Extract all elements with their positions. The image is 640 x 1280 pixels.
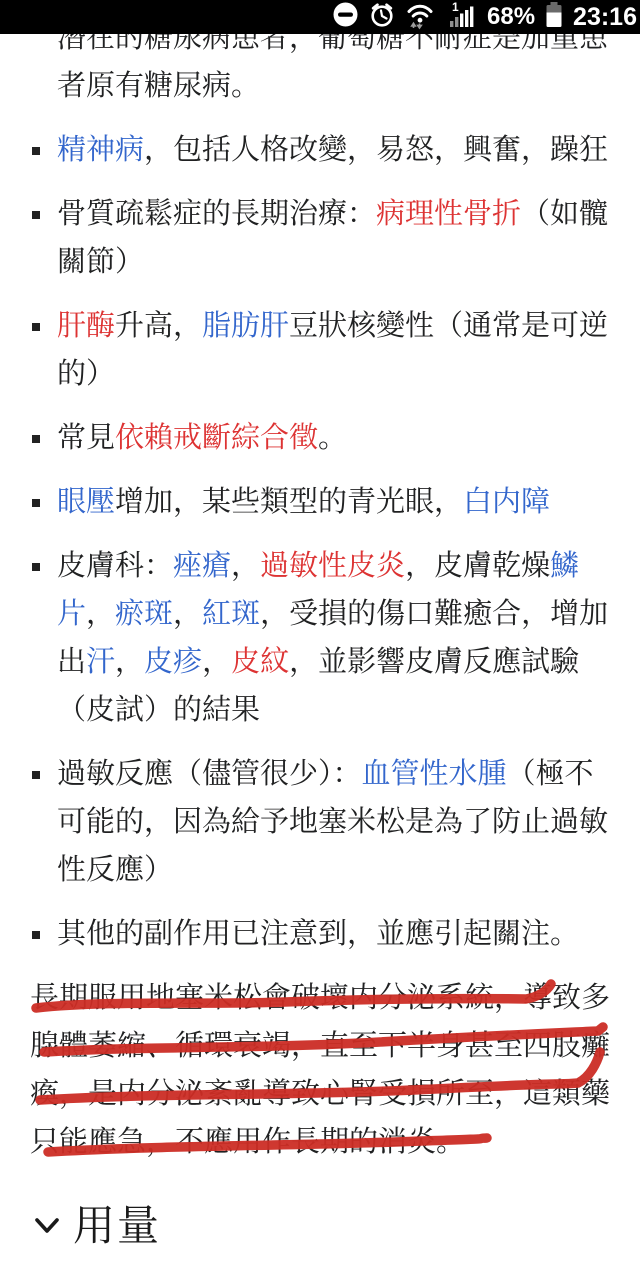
clock-time: 23:16 [573, 0, 637, 34]
plain-text: ， [115, 646, 144, 678]
wiki-link[interactable]: 紅斑 [202, 598, 260, 630]
plain-text: 豆狀核變性（通常是可逆 [289, 310, 608, 342]
text-line: 只能應急，不應用作長期的消炎。 [30, 1118, 610, 1166]
wiki-link[interactable]: 瘀斑 [115, 598, 173, 630]
wiki-link[interactable]: 白内障 [463, 486, 550, 518]
plain-text: 。 [318, 422, 347, 454]
text-line: 骨質疏鬆症的長期治療：病理性骨折（如髖 [57, 190, 610, 238]
battery-percent: 68% [487, 0, 535, 34]
plain-text: 的） [57, 358, 115, 390]
plain-text: 出 [57, 646, 86, 678]
section-heading-row[interactable]: 用量 [30, 1200, 610, 1252]
plain-text: ，受損的傷口難癒合，增加 [260, 598, 608, 630]
signal-bars-icon: 1 [444, 0, 478, 35]
plain-text: （如髖 [521, 198, 608, 230]
plain-text: （皮試）的結果 [57, 694, 260, 726]
text-line: 片，瘀斑，紅斑，受損的傷口難癒合，增加 [57, 590, 610, 638]
plain-text: 者原有糖尿病。 [57, 70, 260, 102]
wiki-link[interactable]: 片 [57, 598, 86, 630]
text-line: 性反應） [57, 846, 610, 894]
plain-text: ， [173, 598, 202, 630]
data-arrows-icon [412, 23, 422, 28]
warning-paragraph: 長期服用地塞米松會破壞内分泌系統，導致多腺體萎縮、循環衰竭，直至下半身甚至四肢癱… [30, 974, 610, 1166]
plain-text: 升高， [115, 310, 202, 342]
text-line: 者原有糖尿病。 [57, 62, 610, 110]
chevron-down-icon[interactable] [30, 1211, 64, 1241]
plain-text: 長期服用地塞米松會破壞内分泌系統，導致多 [30, 982, 610, 1014]
plain-text: （極不 [507, 758, 594, 790]
wiki-redlink[interactable]: 病理性骨折 [376, 198, 521, 230]
plain-text: 其他的副作用已注意到，並應引起關注。 [57, 918, 579, 950]
article-content: 潛在的糖尿病患者，葡萄糖不耐症是加重患者原有糖尿病。精神病，包括人格改變，易怒，… [0, 0, 640, 1280]
plain-text: ，包括人格改變，易怒，興奮，躁狂 [144, 134, 608, 166]
wiki-redlink[interactable]: 皮紋 [231, 646, 289, 678]
list-item: 精神病，包括人格改變，易怒，興奮，躁狂 [30, 126, 610, 174]
plain-text: 腺體萎縮、循環衰竭，直至下半身甚至四肢癱 [30, 1030, 610, 1062]
text-line: 過敏反應（儘管很少）：血管性水腫（極不 [57, 750, 610, 798]
text-line: 其他的副作用已注意到，並應引起關注。 [57, 910, 610, 958]
plain-text: ，並影響皮膚反應試驗 [289, 646, 579, 678]
list-item: 眼壓增加，某些類型的青光眼，白内障 [30, 478, 610, 526]
wiki-link[interactable]: 脂肪肝 [202, 310, 289, 342]
wiki-redlink[interactable]: 過敏性皮炎 [260, 550, 405, 582]
plain-text: ， [202, 646, 231, 678]
list-item: 骨質疏鬆症的長期治療：病理性骨折（如髖關節） [30, 190, 610, 286]
plain-text: 皮膚科： [57, 550, 173, 582]
plain-text: ， [231, 550, 260, 582]
battery-icon [544, 0, 564, 35]
text-line: 瘓，是内分泌紊亂導致心腎受損所至，這類藥 [30, 1070, 610, 1118]
wiki-redlink[interactable]: 肝酶 [57, 310, 115, 342]
text-line: 常見依賴戒斷綜合徵。 [57, 414, 610, 462]
wiki-link[interactable]: 痤瘡 [173, 550, 231, 582]
plain-text: ， [86, 598, 115, 630]
text-line: 出汗，皮疹，皮紋，並影響皮膚反應試驗 [57, 638, 610, 686]
text-line: 關節） [57, 238, 610, 286]
list-item: 常見依賴戒斷綜合徵。 [30, 414, 610, 462]
sim-slot-label: 1 [452, 0, 459, 14]
text-line: 皮膚科：痤瘡，過敏性皮炎，皮膚乾燥鱗 [57, 542, 610, 590]
wiki-link[interactable]: 血管性水腫 [362, 758, 507, 790]
text-line: 肝酶升高，脂肪肝豆狀核變性（通常是可逆 [57, 302, 610, 350]
side-effects-list: 潛在的糖尿病患者，葡萄糖不耐症是加重患者原有糖尿病。精神病，包括人格改變，易怒，… [30, 14, 610, 958]
section-dosage: 用量 [30, 1200, 610, 1280]
plain-text: 關節） [57, 246, 144, 278]
text-line: 精神病，包括人格改變，易怒，興奮，躁狂 [57, 126, 610, 174]
plain-text: ，皮膚乾燥 [405, 550, 550, 582]
text-line: 腺體萎縮、循環衰竭，直至下半身甚至四肢癱 [30, 1022, 610, 1070]
plain-text: 常見 [57, 422, 115, 454]
list-item: 其他的副作用已注意到，並應引起關注。 [30, 910, 610, 958]
text-line: 可能的，因為給予地塞米松是為了防止過敏 [57, 798, 610, 846]
status-bar: 1 68% 23:16 [0, 0, 640, 34]
plain-text: 過敏反應（儘管很少）： [57, 758, 362, 790]
plain-text: 可能的，因為給予地塞米松是為了防止過敏 [57, 806, 608, 838]
plain-text: 增加，某些類型的青光眼， [115, 486, 463, 518]
do-not-disturb-icon [332, 1, 359, 33]
wiki-link[interactable]: 精神病 [57, 134, 144, 166]
plain-text: 性反應） [57, 854, 173, 886]
wiki-link[interactable]: 皮疹 [144, 646, 202, 678]
list-item: 過敏反應（儘管很少）：血管性水腫（極不可能的，因為給予地塞米松是為了防止過敏性反… [30, 750, 610, 894]
plain-text: 瘓，是内分泌紊亂導致心腎受損所至，這類藥 [30, 1078, 610, 1110]
list-item: 皮膚科：痤瘡，過敏性皮炎，皮膚乾燥鱗片，瘀斑，紅斑，受損的傷口難癒合，增加出汗，… [30, 542, 610, 734]
text-line: 眼壓增加，某些類型的青光眼，白内障 [57, 478, 610, 526]
section-title: 用量 [73, 1200, 161, 1252]
wiki-link[interactable]: 汗 [86, 646, 115, 678]
list-item: 肝酶升高，脂肪肝豆狀核變性（通常是可逆的） [30, 302, 610, 398]
alarm-clock-icon [368, 1, 396, 34]
text-line: 的） [57, 350, 610, 398]
text-line: 長期服用地塞米松會破壞内分泌系統，導致多 [30, 974, 610, 1022]
wiki-link[interactable]: 眼壓 [57, 486, 115, 518]
plain-text: 只能應急，不應用作長期的消炎。 [30, 1126, 465, 1158]
plain-text: 骨質疏鬆症的長期治療： [57, 198, 376, 230]
wiki-link[interactable]: 鱗 [550, 550, 579, 582]
text-line: （皮試）的結果 [57, 686, 610, 734]
wiki-redlink[interactable]: 依賴戒斷綜合徵 [115, 422, 318, 454]
wifi-icon [405, 0, 435, 35]
